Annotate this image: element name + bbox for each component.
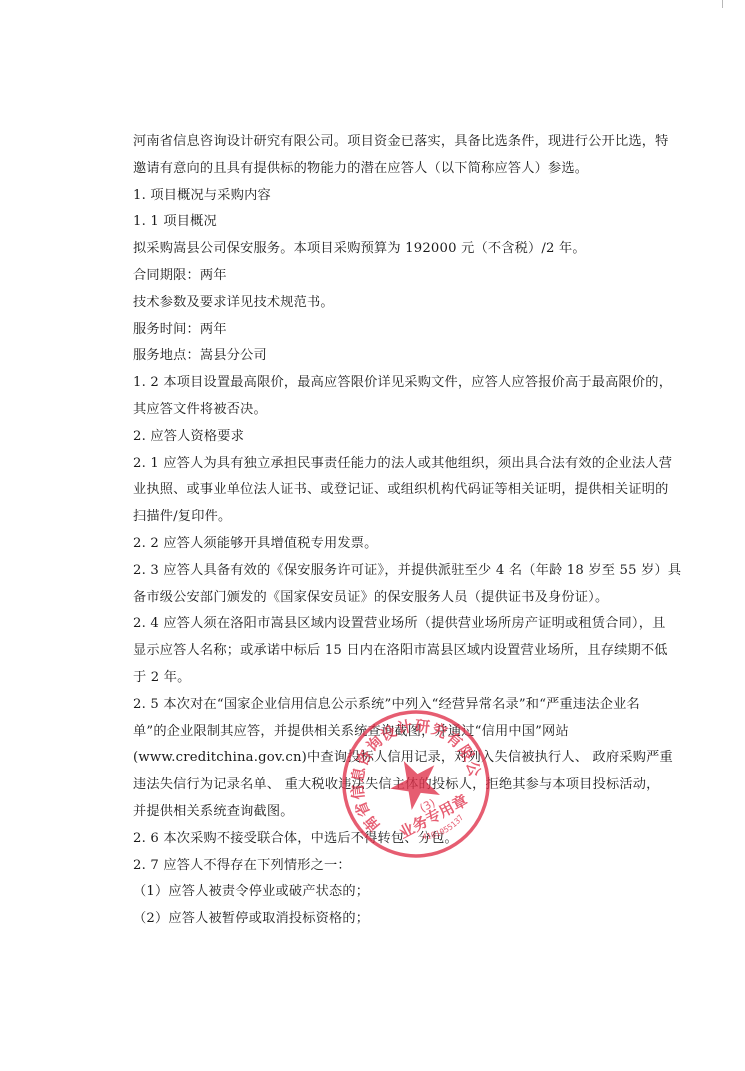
paragraph-line: 技术参数及要求详见技术规范书。 [133,290,611,317]
paragraph-line: 邀请有意向的且具有提供标的物能力的潜在应答人（以下简称应答人）参选。 [133,156,611,183]
paragraph-line: 并提供相关系统查询截图。 [133,799,611,826]
list-item: （2）应答人被暂停或取消投标资格的； [133,906,611,933]
list-item: （1）应答人被责令停业或破产状态的； [133,879,611,906]
paragraph-line: 2. 6 本次采购不接受联合体，中选后不得转包、分包。 [133,826,611,853]
paragraph-line: 服务地点：嵩县分公司 [133,343,611,370]
paragraph-line: 2. 2 应答人须能够开具增值税专用发票。 [133,531,611,558]
paragraph-line: 服务时间：两年 [133,317,611,344]
section-heading: 2. 应答人资格要求 [133,424,611,451]
paragraph-line: 扫描件/复印件。 [133,504,611,531]
paragraph-line: 其应答文件将被否决。 [133,397,611,424]
section-heading: 1. 项目概况与采购内容 [133,183,611,210]
paragraph-line: 1. 2 本项目设置最高限价，最高应答限价详见采购文件，应答人应答报价高于最高限… [133,370,611,397]
paragraph-line: (www.creditchina.gov.cn)中查询投标人信用记录，对列入失信… [133,745,611,772]
paragraph-line: 拟采购嵩县公司保安服务。本项目采购预算为 192000 元（不含税）/2 年。 [133,236,611,263]
paragraph-line: 单”的企业限制其应答，并提供相关系统查询截图，并通过“信用中国”网站 [133,719,611,746]
paragraph-line: 2. 5 本次对在“国家企业信用信息公示系统”中列入“经营异常名录”和“严重违法… [133,692,611,719]
paragraph-line: 备市级公安部门颁发的《国家保安员证》的保安服务人员（提供证书及身份证）。 [133,585,611,612]
paragraph-line: 2. 3 应答人具备有效的《保安服务许可证》，并提供派驻至少 4 名（年龄 18… [133,558,611,585]
paragraph-line: 河南省信息咨询设计研究有限公司。项目资金已落实，具备比选条件，现进行公开比选，特 [133,129,611,156]
paragraph-line: 2. 1 应答人为具有独立承担民事责任能力的法人或其他组织，须出具合法有效的企业… [133,451,611,478]
document-page: 河南省信息咨询设计研究有限公司。项目资金已落实，具备比选条件，现进行公开比选，特… [133,129,611,933]
paragraph-line: 于 2 年。 [133,665,611,692]
scan-edge-mark [722,0,723,8]
subsection-heading: 1. 1 项目概况 [133,209,611,236]
paragraph-line: 业执照、或事业单位法人证书、或登记证、或组织机构代码证等相关证明，提供相关证明的 [133,477,611,504]
paragraph-line: 2. 4 应答人须在洛阳市嵩县区域内设置营业场所（提供营业场所房产证明或租赁合同… [133,611,611,638]
paragraph-line: 违法失信行为记录名单、 重大税收违法失信主体的投标人，拒绝其参与本项目投标活动， [133,772,611,799]
paragraph-line: 2. 7 应答人不得存在下列情形之一： [133,853,611,880]
paragraph-line: 显示应答人名称；或承诺中标后 15 日内在洛阳市嵩县区域内设置营业场所，且存续期… [133,638,611,665]
paragraph-line: 合同期限：两年 [133,263,611,290]
